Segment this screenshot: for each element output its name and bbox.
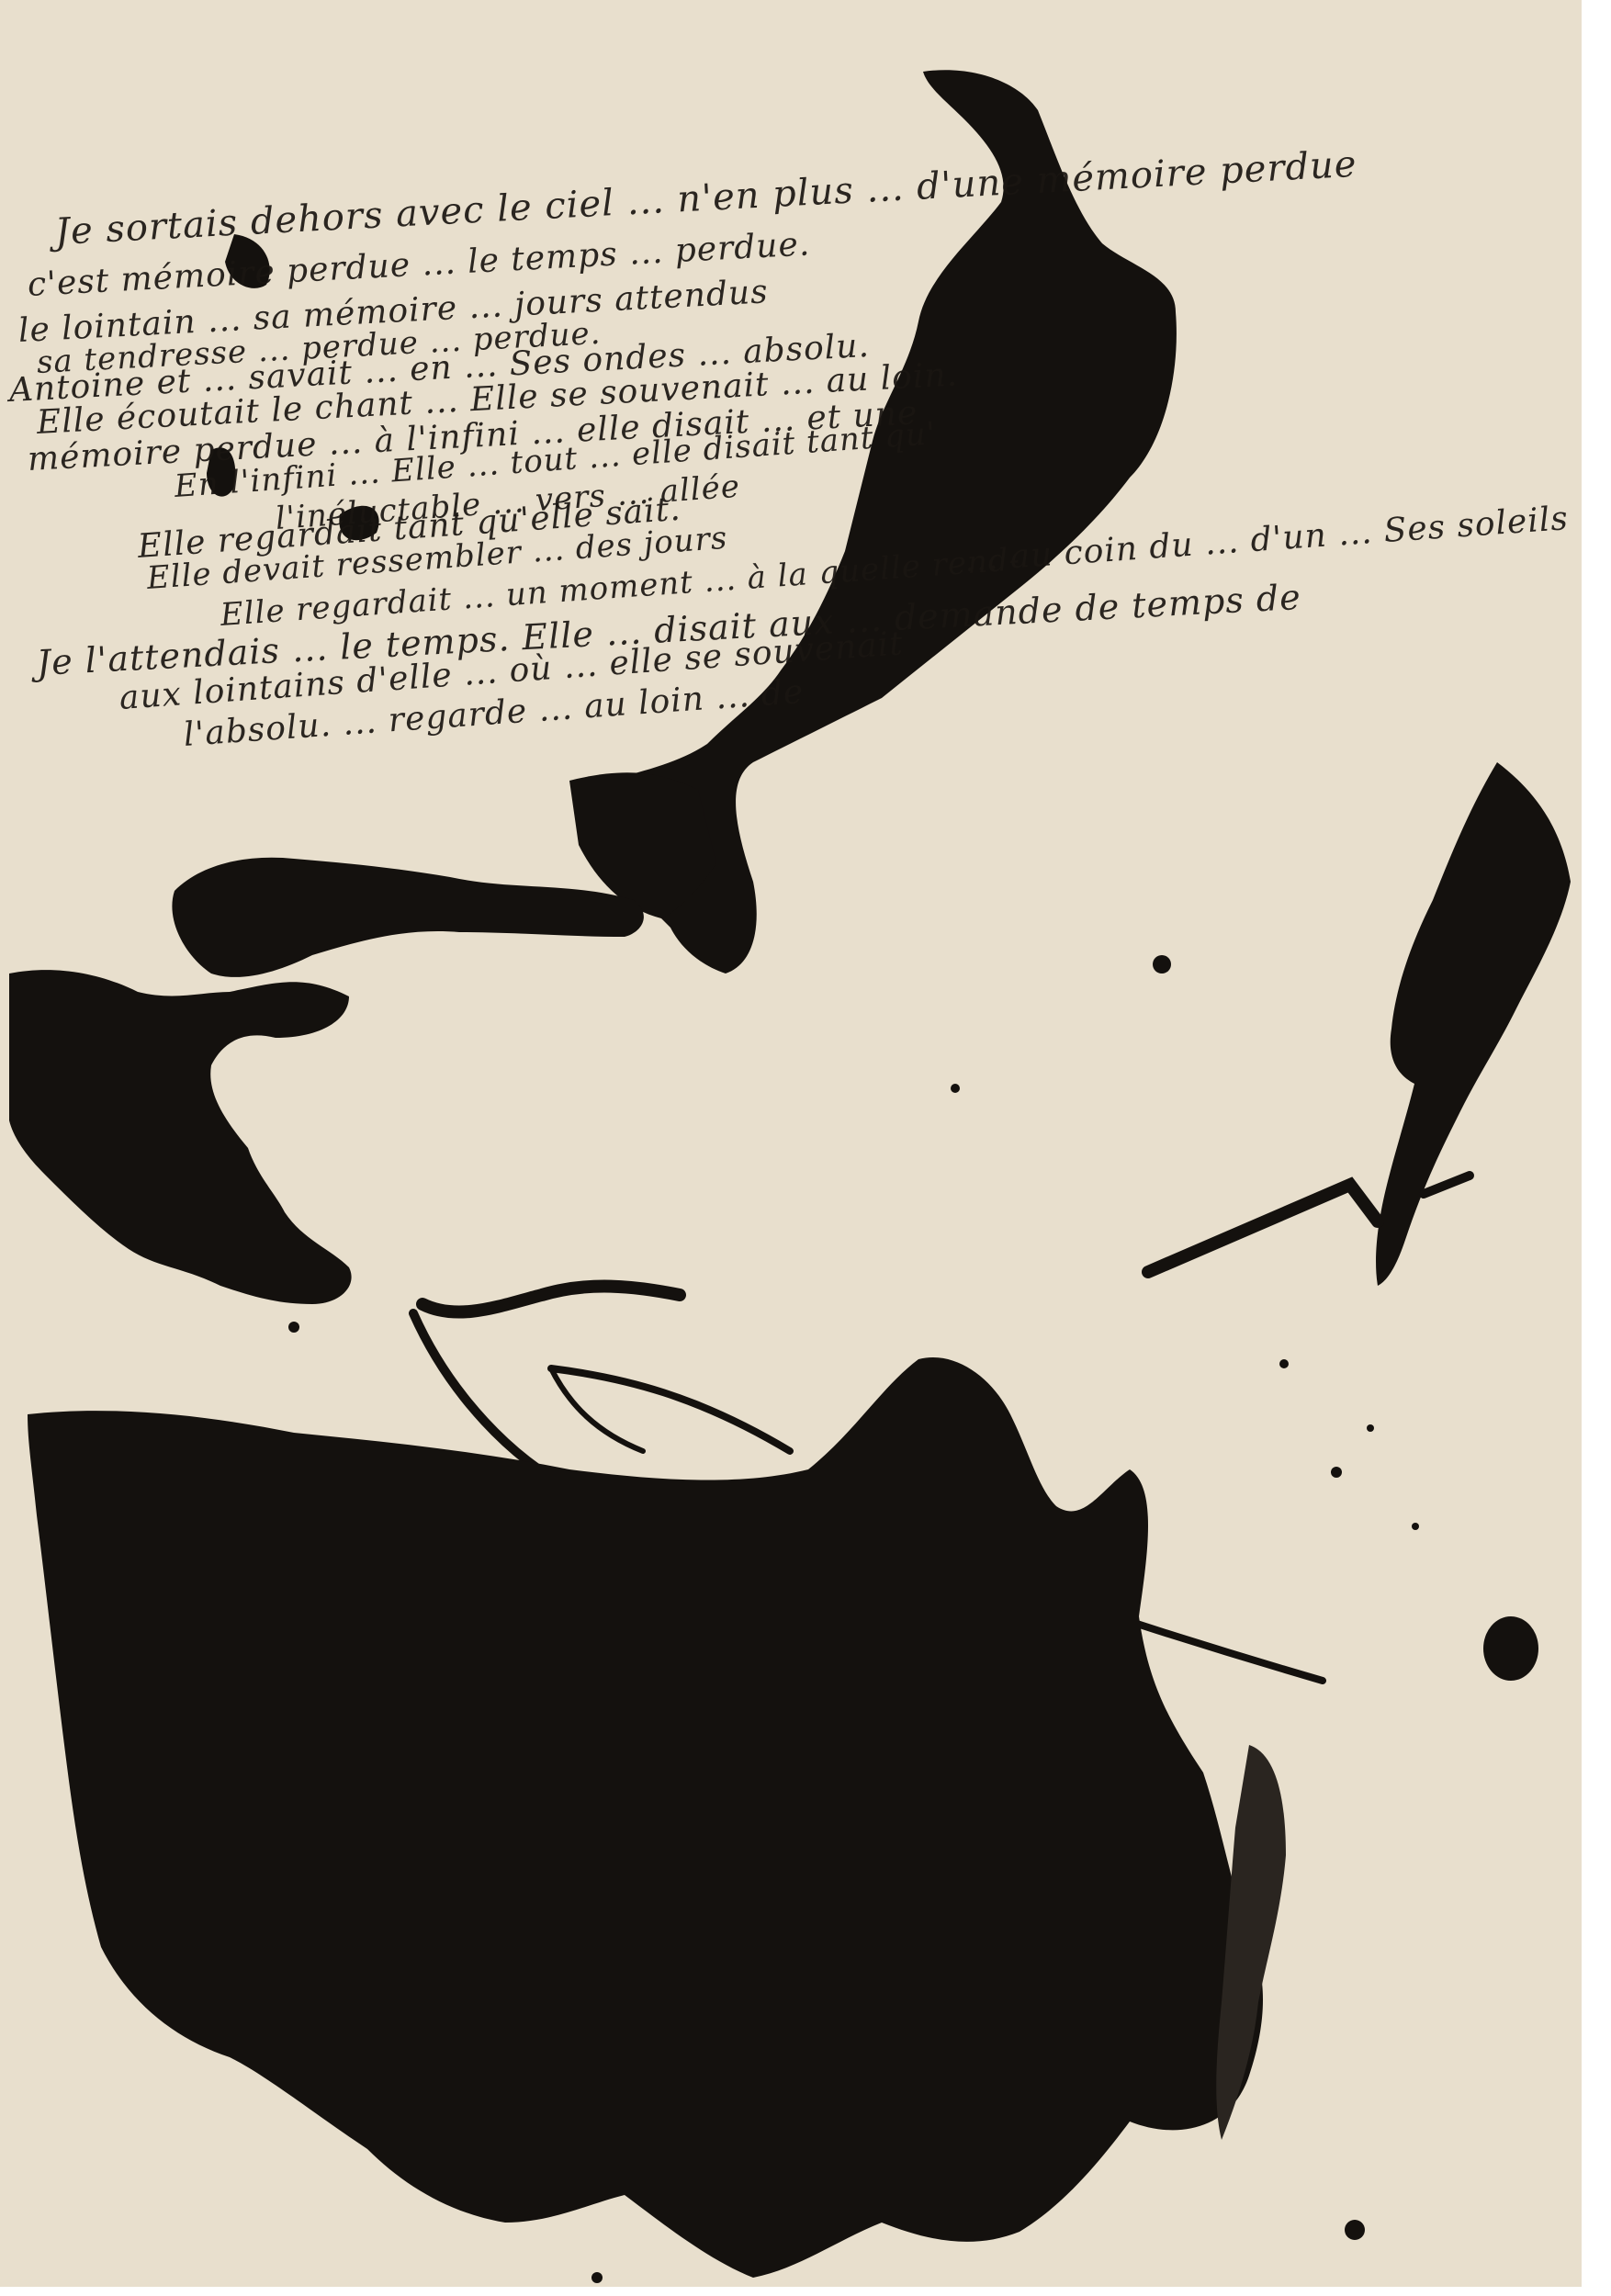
left-horizontal-stroke xyxy=(172,858,644,977)
left-ink-blob xyxy=(9,970,352,1304)
lower-ink-mass xyxy=(28,1357,1263,2278)
ink-spot xyxy=(1483,1616,1538,1681)
right-leaf-stroke xyxy=(1376,762,1571,1286)
paper-sheet: Je sortais dehors avec le ciel ... n'en … xyxy=(0,0,1582,2287)
